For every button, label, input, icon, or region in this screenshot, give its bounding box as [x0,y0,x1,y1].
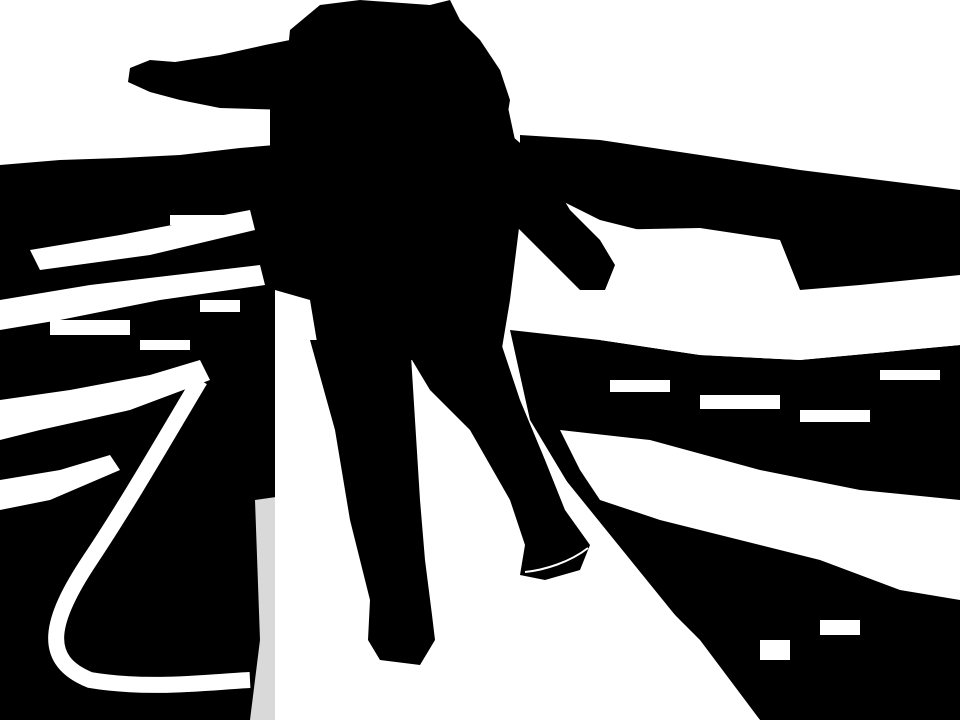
photo-scene [0,0,960,720]
